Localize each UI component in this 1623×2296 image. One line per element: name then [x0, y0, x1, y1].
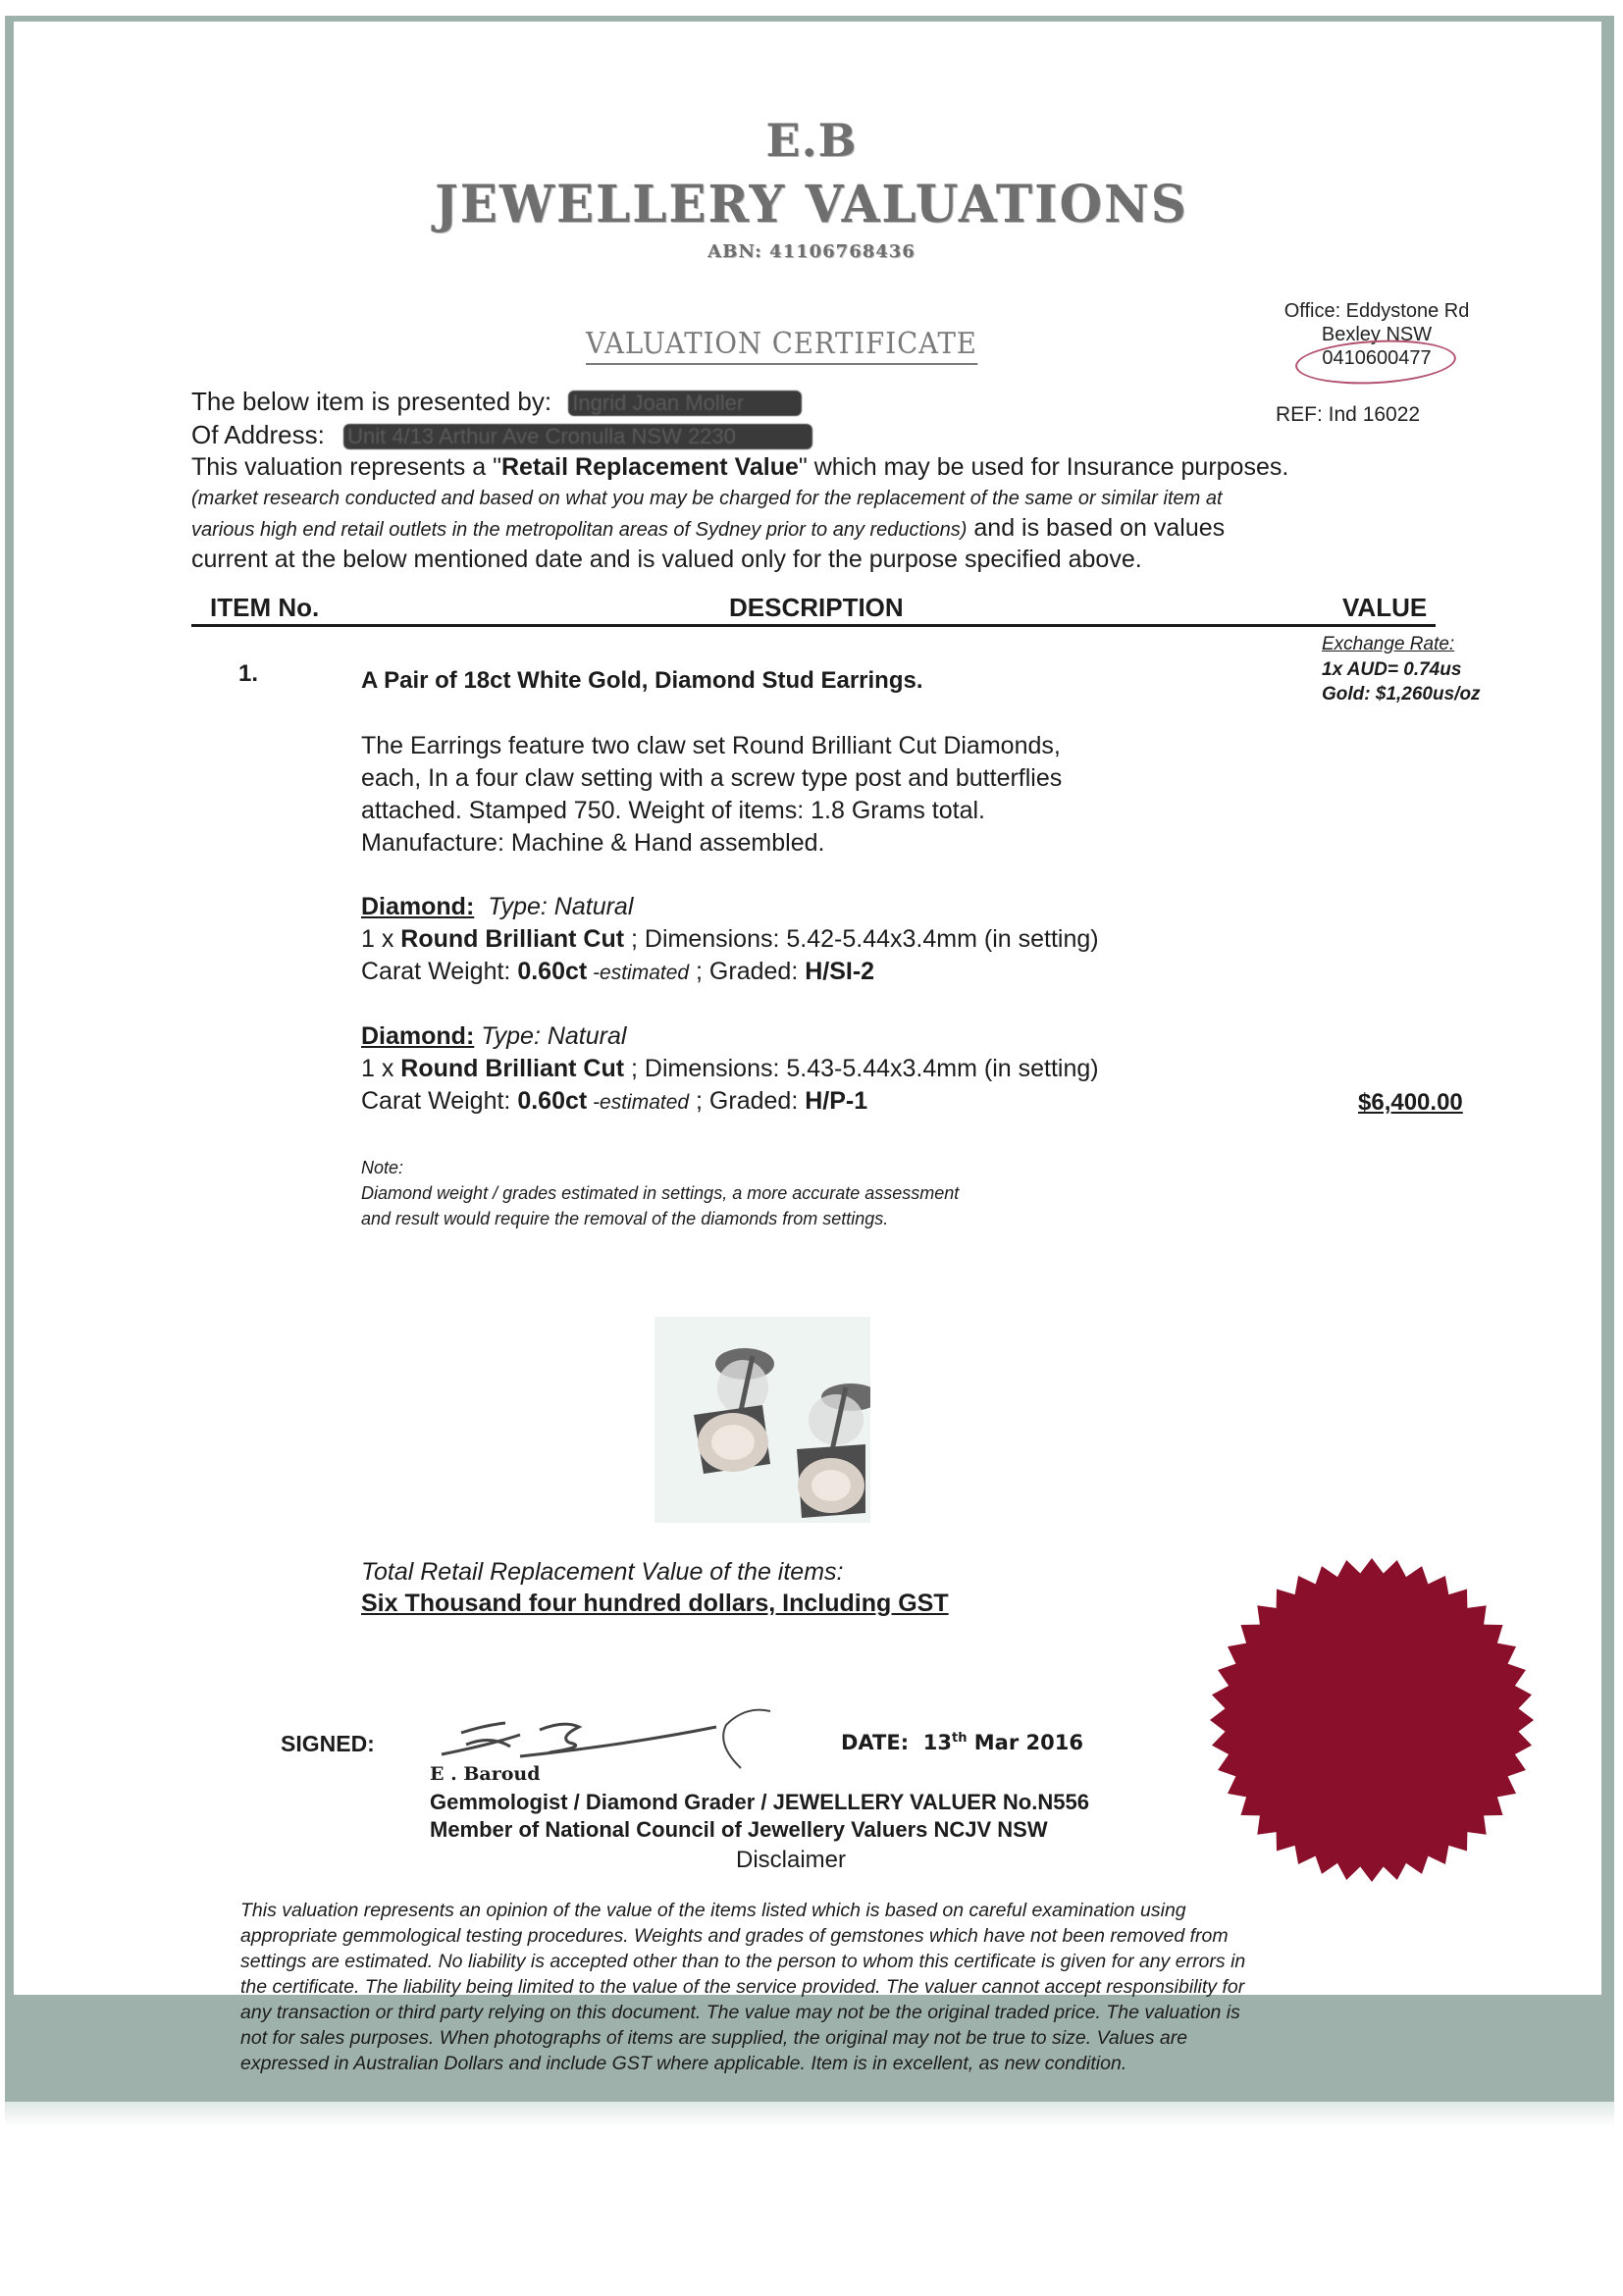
- date-label: DATE:: [841, 1731, 909, 1754]
- disclaimer-line: the certificate. The liability being lim…: [240, 1974, 1245, 2000]
- earrings-image-icon: [654, 1317, 870, 1523]
- diamond-qty: 1 x: [361, 1055, 400, 1082]
- item-title: A Pair of 18ct White Gold, Diamond Stud …: [361, 667, 923, 695]
- diamond-dimensions: ; Dimensions: 5.42-5.44x3.4mm (in settin…: [624, 925, 1099, 953]
- date-day: 13: [923, 1731, 952, 1754]
- reference-number: REF: Ind 16022: [1276, 403, 1420, 427]
- diamond-type: Type: Natural: [481, 1022, 626, 1050]
- signature-icon: [432, 1705, 805, 1770]
- estimated-note: -estimated: [587, 1091, 689, 1114]
- diamond-grade: H/SI-2: [805, 958, 874, 985]
- intro-italic: various high end retail outlets in the m…: [191, 519, 967, 541]
- diamond-cut: Round Brilliant Cut: [400, 925, 624, 953]
- estimated-note: -estimated: [587, 962, 689, 984]
- item-note: Note: Diamond weight / grades estimated …: [361, 1155, 959, 1231]
- diamond-carat: 0.60ct: [517, 958, 587, 985]
- carat-label: Carat Weight:: [361, 958, 517, 985]
- office-line-1: Office: Eddystone Rd: [1244, 299, 1509, 323]
- item-value: $6,400.00: [1358, 1089, 1463, 1117]
- diamond-label: Diamond:: [361, 1022, 474, 1050]
- scanner-edge: [5, 2102, 1614, 2127]
- address-row: Of Address: Unit 4/13 Arthur Ave Cronull…: [191, 420, 812, 450]
- wax-seal-icon: [1205, 1553, 1539, 1887]
- letterhead-abn: ABN: 41106768436: [0, 241, 1623, 262]
- graded-label: ; Graded:: [689, 958, 805, 985]
- exchange-rate-label: Exchange Rate:: [1322, 634, 1454, 655]
- item-number: 1.: [238, 660, 258, 688]
- diamond-cut: Round Brilliant Cut: [400, 1055, 624, 1082]
- valuer-title: Gemmologist / Diamond Grader / JEWELLERY…: [430, 1790, 1089, 1815]
- intro-line-2: (market research conducted and based on …: [191, 488, 1223, 510]
- certificate-title: VALUATION CERTIFICATE: [586, 327, 977, 365]
- presented-by-label: The below item is presented by:: [191, 387, 551, 416]
- retail-replacement-value: Retail Replacement Value: [501, 453, 799, 481]
- carat-label: Carat Weight:: [361, 1087, 517, 1115]
- intro-line-3: various high end retail outlets in the m…: [191, 514, 1225, 543]
- disclaimer-text: This valuation represents an opinion of …: [240, 1898, 1245, 2076]
- diamond-type: Type: Natural: [488, 893, 633, 920]
- note-label: Note:: [361, 1155, 959, 1180]
- presented-by-row: The below item is presented by: Ingrid J…: [191, 387, 802, 417]
- diamond-spec-1: Diamond: Type: Natural 1 x Round Brillia…: [361, 891, 1099, 989]
- exchange-rate: 1x AUD= 0.74us: [1322, 659, 1461, 681]
- description-line: The Earrings feature two claw set Round …: [361, 730, 1062, 762]
- valuer-name: E . Baroud: [430, 1763, 540, 1785]
- intro-text: This valuation represents a ": [191, 453, 501, 481]
- diamond-carat: 0.60ct: [517, 1087, 587, 1115]
- address-label: Of Address:: [191, 420, 325, 449]
- disclaimer-line: settings are estimated. No liability is …: [240, 1949, 1245, 1974]
- description-line: attached. Stamped 750. Weight of items: …: [361, 795, 1062, 827]
- letterhead-company-name: JEWELLERY VALUATIONS: [0, 174, 1623, 235]
- disclaimer-line: This valuation represents an opinion of …: [240, 1898, 1245, 1923]
- total-label: Total Retail Replacement Value of the it…: [361, 1558, 843, 1587]
- letterhead-initials: E.B: [0, 114, 1623, 167]
- presented-by-redacted: Ingrid Joan Moller: [568, 391, 802, 416]
- intro-line-4: current at the below mentioned date and …: [191, 546, 1142, 574]
- disclaimer-line: not for sales purposes. When photographs…: [240, 2025, 1245, 2051]
- valuer-membership: Member of National Council of Jewellery …: [430, 1817, 1048, 1843]
- column-header-item-no: ITEM No.: [210, 593, 319, 623]
- intro-text: " which may be used for Insurance purpos…: [799, 453, 1288, 481]
- item-description: The Earrings feature two claw set Round …: [361, 730, 1062, 860]
- disclaimer-line: appropriate gemmological testing procedu…: [240, 1923, 1245, 1949]
- intro-text: and is based on values: [967, 514, 1225, 542]
- diamond-dimensions: ; Dimensions: 5.43-5.44x3.4mm (in settin…: [624, 1055, 1099, 1082]
- diamond-label: Diamond:: [361, 893, 474, 920]
- diamond-qty: 1 x: [361, 925, 400, 953]
- header-rule: [191, 624, 1436, 627]
- disclaimer-line: any transaction or third party relying o…: [240, 2000, 1245, 2025]
- diamond-spec-2: Diamond: Type: Natural 1 x Round Brillia…: [361, 1020, 1099, 1119]
- column-header-description: DESCRIPTION: [729, 593, 904, 623]
- intro-line-1: This valuation represents a "Retail Repl…: [191, 453, 1288, 482]
- column-header-value: VALUE: [1342, 593, 1427, 623]
- signoff-date: DATE: 13th Mar 2016: [841, 1731, 1083, 1754]
- description-line: Manufacture: Machine & Hand assembled.: [361, 827, 1062, 860]
- date-rest: Mar 2016: [967, 1731, 1083, 1754]
- diamond-grade: H/P-1: [805, 1087, 867, 1115]
- address-redacted: Unit 4/13 Arthur Ave Cronulla NSW 2230: [343, 424, 812, 449]
- date-suffix: th: [952, 1731, 967, 1746]
- signed-label: SIGNED:: [281, 1731, 375, 1757]
- graded-label: ; Graded:: [689, 1087, 805, 1115]
- disclaimer-heading: Disclaimer: [736, 1847, 846, 1874]
- note-line: and result would require the removal of …: [361, 1206, 959, 1231]
- total-in-words: Six Thousand four hundred dollars, Inclu…: [361, 1590, 949, 1618]
- disclaimer-line: expressed in Australian Dollars and incl…: [240, 2051, 1245, 2076]
- description-line: each, In a four claw setting with a scre…: [361, 762, 1062, 795]
- gold-price: Gold: $1,260us/oz: [1322, 684, 1481, 705]
- earrings-photo: [654, 1317, 870, 1523]
- note-line: Diamond weight / grades estimated in set…: [361, 1180, 959, 1206]
